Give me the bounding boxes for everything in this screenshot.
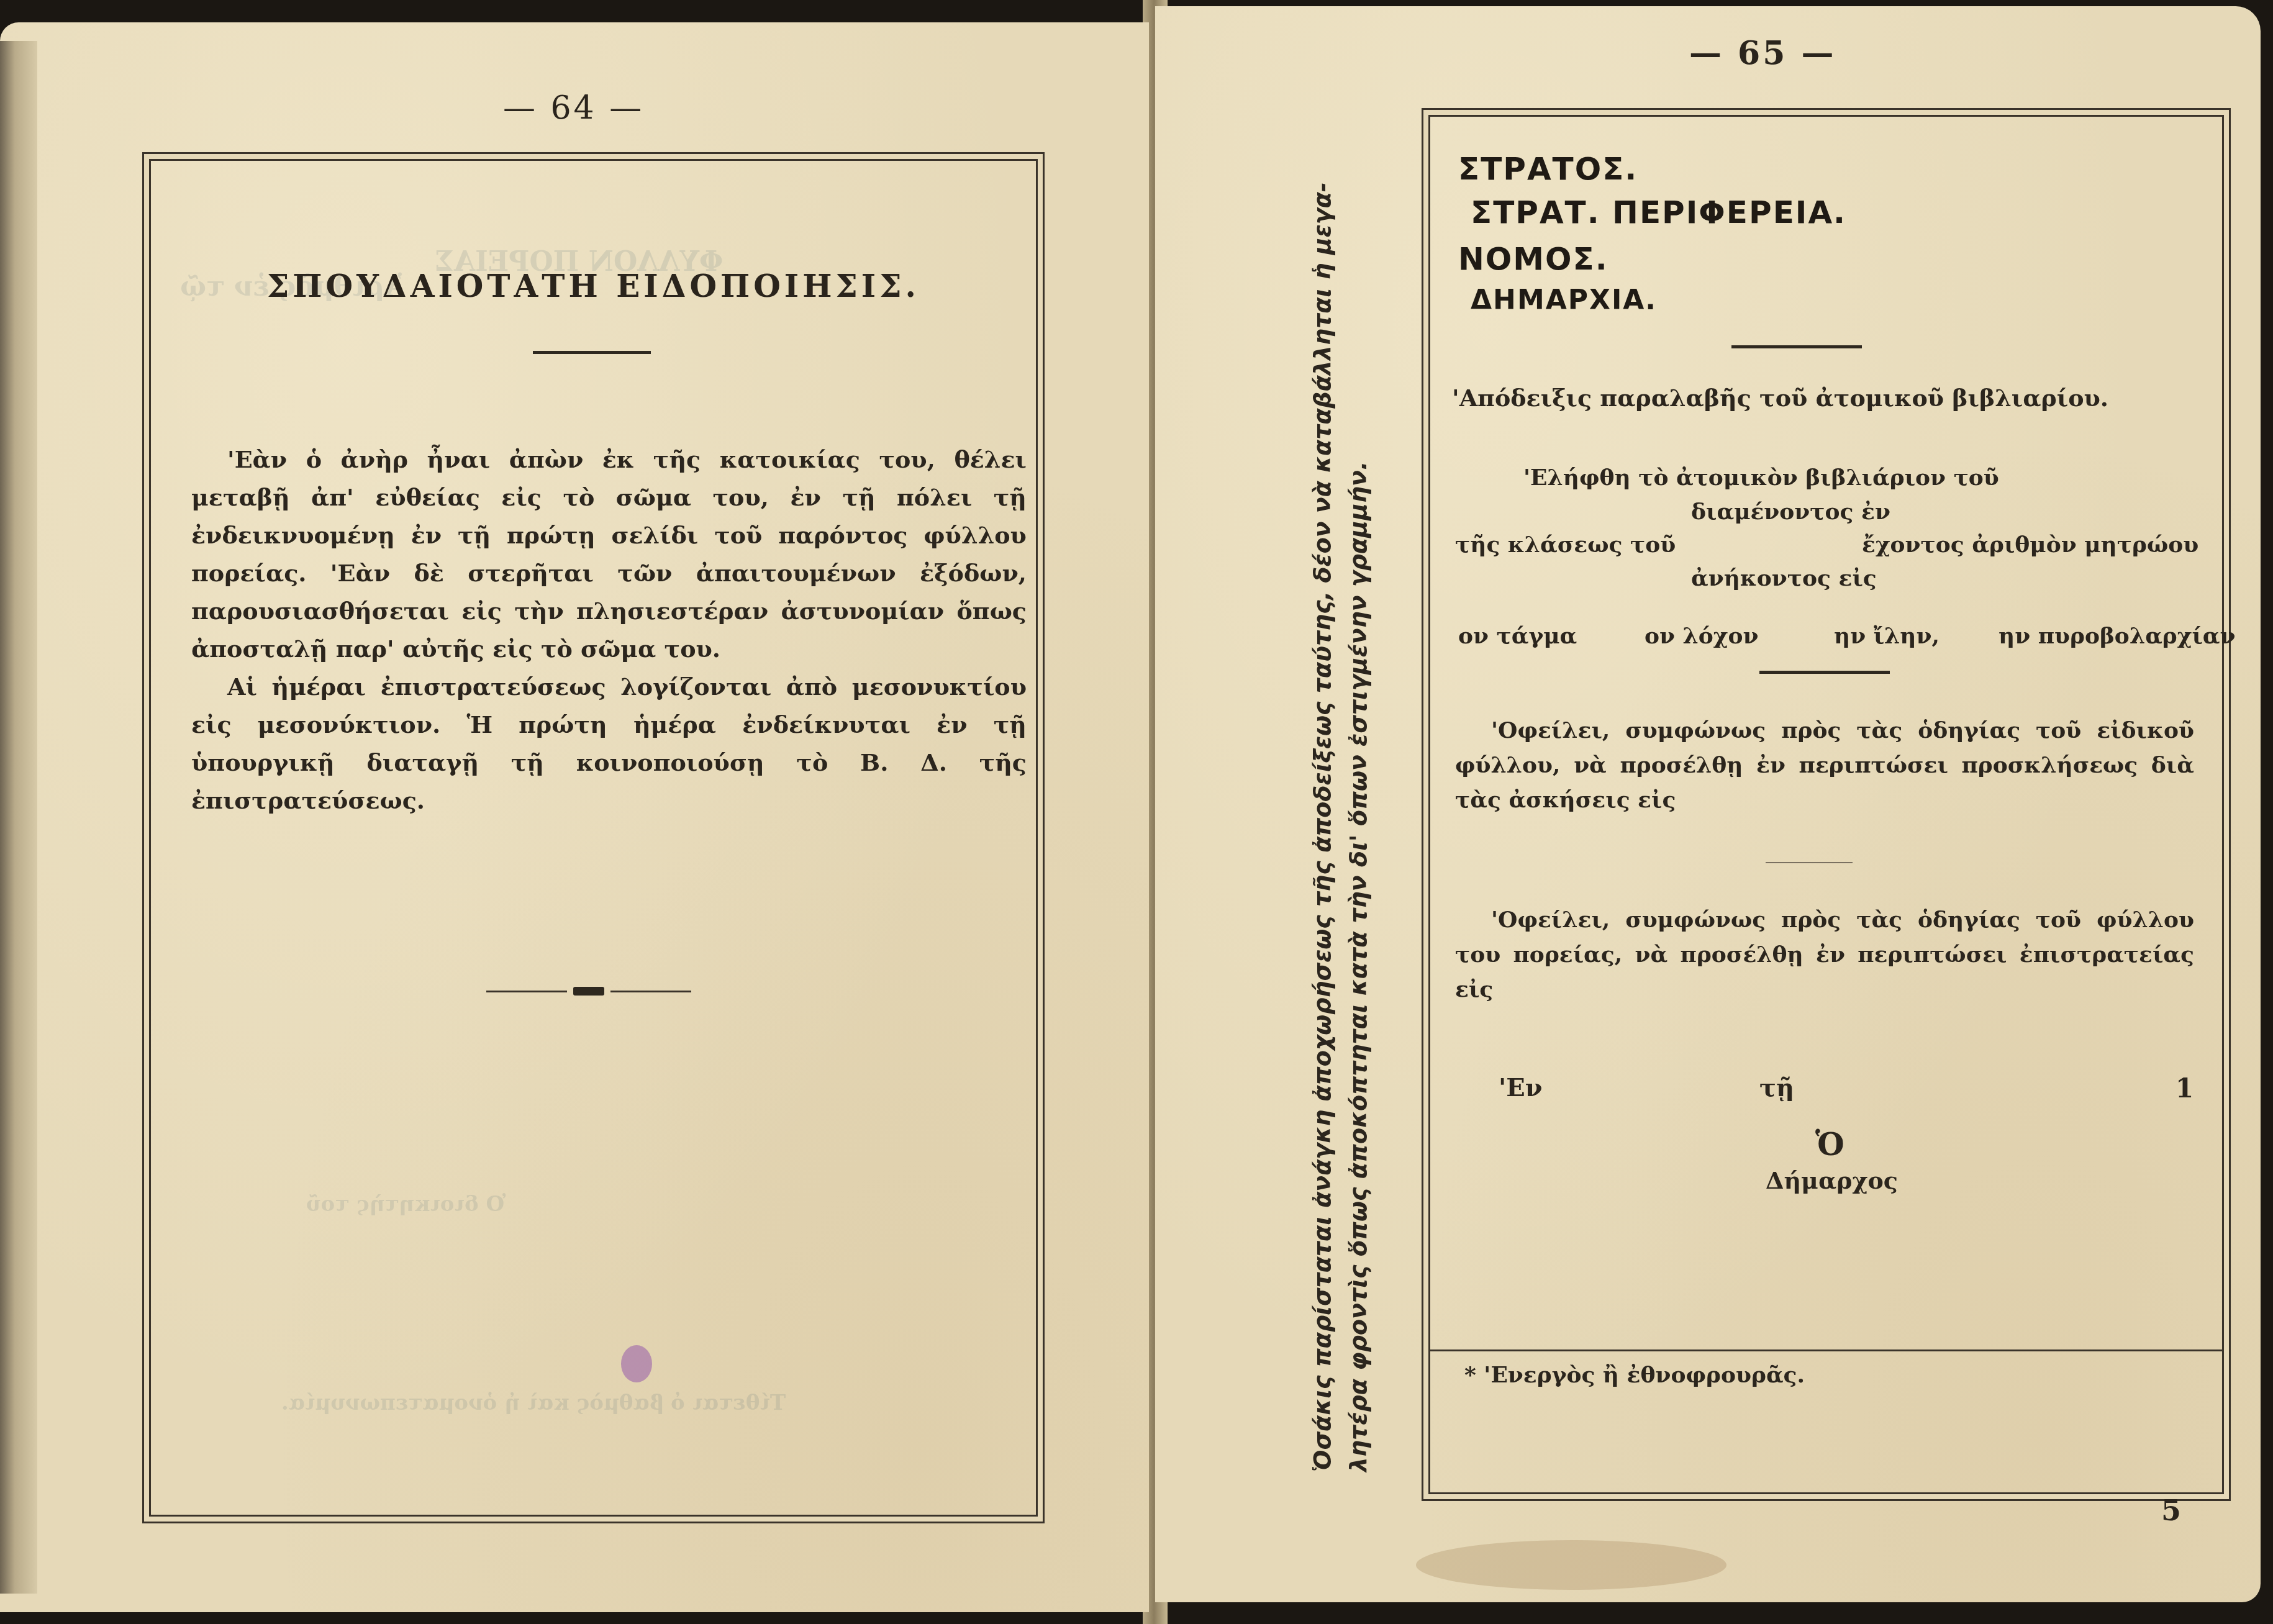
form-line-class: τῆς κλάσεως τοῦ: [1455, 532, 1676, 558]
obligation-exercises: 'Οφείλει, συμφώνως πρὸς τὰς ὁδηγίας τοῦ …: [1455, 713, 2194, 817]
minor-divider: [1766, 862, 1853, 863]
page-title: ΣΠΟΥΔΑΙΟΤΑΤΗ ΕΙΔΟΠΟΙΗΣΙΣ.: [151, 268, 1036, 304]
unit-squadron: ην ἴλην,: [1834, 623, 1940, 649]
bleedthrough-text: Τίθεται ὁ βαθμὸς καὶ ἡ ὀνοματεπωνυμία.: [281, 1390, 786, 1415]
header-military-district: ΣΤΡΑΤ. ΠΕΡΙΦΕΡΕΙΑ.: [1471, 194, 1846, 230]
year-mark: 1: [2175, 1073, 2194, 1104]
header-army: ΣΤΡΑΤΟΣ.: [1458, 151, 1638, 187]
obligation-mobilization: 'Οφείλει, συμφώνως πρὸς τὰς ὁδηγίας τοῦ …: [1455, 902, 2194, 1007]
left-page: Ἀριθμὸς ἐν τῷ ΦΥΛΛΟΝ ΠΟΡΕΙΑΣ — 64 — ΣΠΟΥ…: [0, 22, 1149, 1612]
bleedthrough-text: Ὁ διοικητὴς τοῦ: [306, 1192, 506, 1217]
footnote: * 'Ενεργὸς ἢ ἐθνοφρουρᾶς.: [1464, 1362, 1805, 1388]
notice-paragraph-1: 'Εὰν ὁ ἀνὴρ ἦναι ἀπὼν ἐκ τῆς κατοικίας τ…: [191, 440, 1027, 668]
title-underline: [533, 351, 651, 354]
header-underline: [1731, 345, 1862, 348]
notice-paragraph-2: Αἱ ἡμέραι ἐπιστρατεύσεως λογίζονται ἀπὸ …: [191, 668, 1027, 819]
unit-battalion: ον τάγμα: [1458, 623, 1577, 649]
form-line-registry: ἔχοντος ἀριθμὸν μητρώου: [1862, 532, 2198, 558]
page-frame: ΣΠΟΥΔΑΙΟΤΑΤΗ ΕΙΔΟΠΟΙΗΣΙΣ. 'Εὰν ὁ ἀνὴρ ἦν…: [149, 159, 1038, 1517]
notice-body: 'Εὰν ὁ ἀνὴρ ἦναι ἀπὼν ἐκ τῆς κατοικίας τ…: [191, 440, 1027, 819]
form-line-belonging: ἀνήκοντος εἰς: [1691, 565, 1877, 591]
section-divider: [1759, 671, 1890, 674]
page-stack-edge: [0, 41, 37, 1594]
signature-mark: 5: [2161, 1494, 2181, 1527]
signature-article: Ὁ: [1815, 1126, 1844, 1163]
page-number: — 64 —: [503, 89, 644, 127]
unit-company: ον λόχον: [1645, 623, 1758, 649]
footnote-divider: [1430, 1350, 2222, 1351]
page-number: — 65 —: [1689, 34, 1836, 72]
signature-mayor: Δήμαρχος: [1766, 1166, 1898, 1194]
place-label: 'Εν: [1499, 1073, 1543, 1102]
form-line-received: 'Ελήφθη τὸ ἀτομικὸν βιβλιάριον τοῦ: [1523, 465, 1999, 491]
ornament-rule-left: [486, 991, 567, 992]
vertical-note-line-1: Ὁσάκις παρίσταται ἀνάγκη ἀποχωρήσεως τῆς…: [1304, 106, 1340, 1472]
header-municipality: ΔΗΜΑΡΧΙΑ.: [1471, 284, 1657, 316]
obligation-mobilization-text: 'Οφείλει, συμφώνως πρὸς τὰς ὁδηγίας τοῦ …: [1455, 902, 2194, 1007]
ornament-rule-right: [610, 991, 691, 992]
day-label: τῇ: [1759, 1073, 1794, 1102]
water-stain: [1416, 1540, 1726, 1590]
vertical-cut-note: Ὁσάκις παρίσταται ἀνάγκη ἀποχωρήσεως τῆς…: [1304, 106, 1376, 1472]
unit-battery: ην πυροβολαρχίαν: [1999, 623, 2236, 649]
vertical-note-line-2: λητέρα φροντὶς ὅπως ἀποκόπτηται κατὰ τὴν…: [1340, 106, 1376, 1472]
form-line-residing: διαμένοντος ἐν: [1691, 499, 1890, 525]
ink-stain: [621, 1345, 652, 1382]
obligation-exercises-text: 'Οφείλει, συμφώνως πρὸς τὰς ὁδηγίας τοῦ …: [1455, 713, 2194, 817]
receipt-title: 'Απόδειξις παραλαβῆς τοῦ ἀτομικοῦ βιβλια…: [1452, 384, 2108, 412]
right-page: — 65 — Ὁσάκις παρίσταται ἀνάγκη ἀποχωρήσ…: [1155, 6, 2261, 1602]
receipt-frame: ΣΤΡΑΤΟΣ. ΣΤΡΑΤ. ΠΕΡΙΦΕΡΕΙΑ. ΝΟΜΟΣ. ΔΗΜΑΡ…: [1428, 115, 2224, 1494]
header-prefecture: ΝΟΜΟΣ.: [1458, 241, 1608, 277]
ornament-center: [573, 987, 604, 996]
